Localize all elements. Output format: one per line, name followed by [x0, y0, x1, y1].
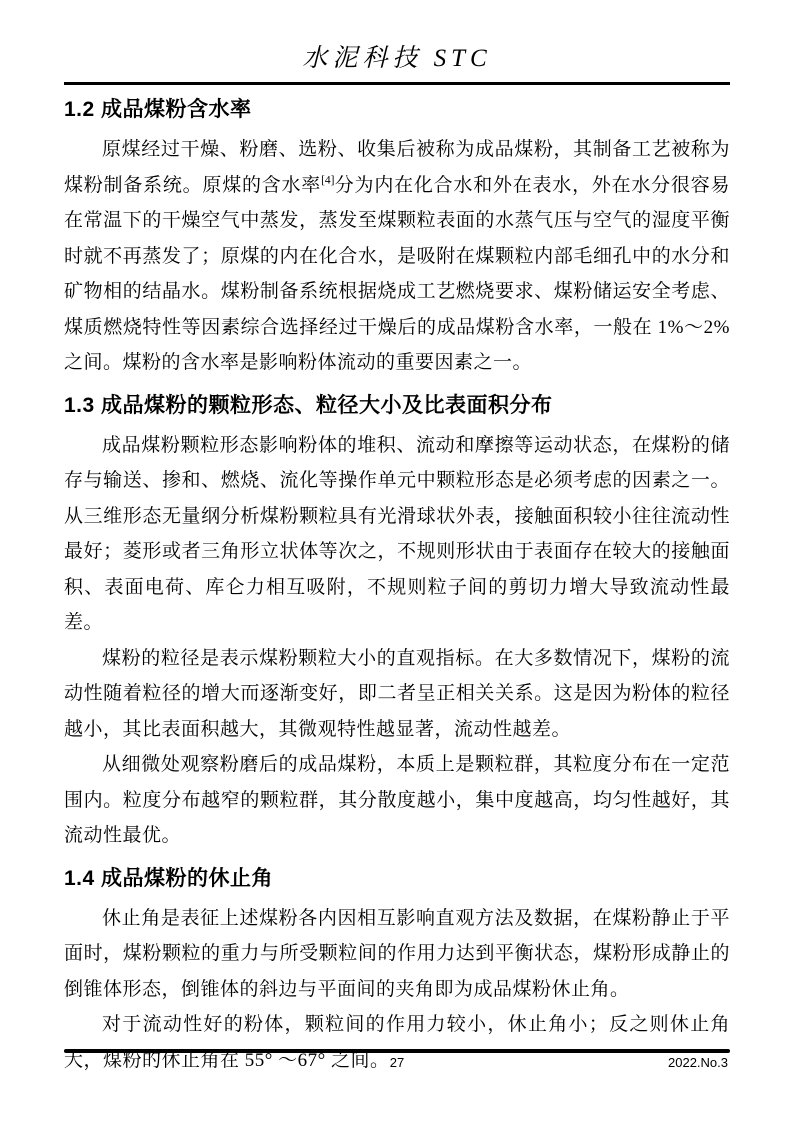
- section-heading: 1.2 成品煤粉含水率: [64, 92, 730, 127]
- issue-label: 2022.No.3: [668, 1055, 728, 1070]
- paragraph: 原煤经过干燥、粉磨、选粉、收集后被称为成品煤粉，其制备工艺被称为煤粉制备系统。原…: [64, 132, 730, 381]
- section-moisture-content: 1.2 成品煤粉含水率 原煤经过干燥、粉磨、选粉、收集后被称为成品煤粉，其制备工…: [64, 92, 730, 381]
- section-particle-morphology: 1.3 成品煤粉的颗粒形态、粒径大小及比表面积分布 成品煤粉颗粒形态影响粉体的堆…: [64, 388, 730, 854]
- paragraph: 休止角是表征上述煤粉各内因相互影响直观方法及数据，在煤粉静止于平面时，煤粉颗粒的…: [64, 901, 730, 1008]
- paragraph: 成品煤粉颗粒形态影响粉体的堆积、流动和摩擦等运动状态，在煤粉的储存与输送、掺和、…: [64, 428, 730, 641]
- journal-header: 水泥科技 STC: [64, 38, 730, 85]
- page-footer: 27 2022.No.3: [64, 1049, 730, 1075]
- page-number: 27: [64, 1055, 730, 1070]
- paragraph: 从细微处观察粉磨后的成品煤粉，本质上是颗粒群，其粒度分布在一定范围内。粒度分布越…: [64, 747, 730, 854]
- page-content: 水泥科技 STC 1.2 成品煤粉含水率 原煤经过干燥、粉磨、选粉、收集后被称为…: [64, 38, 730, 1078]
- section-heading: 1.3 成品煤粉的颗粒形态、粒径大小及比表面积分布: [64, 388, 730, 423]
- citation-ref: [4]: [321, 174, 334, 186]
- footer-rule: [64, 1049, 730, 1053]
- section-heading: 1.4 成品煤粉的休止角: [64, 861, 730, 896]
- section-angle-of-repose: 1.4 成品煤粉的休止角 休止角是表征上述煤粉各内因相互影响直观方法及数据，在煤…: [64, 861, 730, 1079]
- journal-title: 水泥科技 STC: [302, 45, 491, 72]
- paragraph: 煤粉的粒径是表示煤粉颗粒大小的直观指标。在大多数情况下，煤粉的流动性随着粒径的增…: [64, 641, 730, 748]
- paragraph-text: 分为内在化合水和外在表水，外在水分很容易在常温下的干燥空气中蒸发，蒸发至煤颗粒表…: [64, 175, 730, 374]
- document-page: 水泥科技 STC 1.2 成品煤粉含水率 原煤经过干燥、粉磨、选粉、收集后被称为…: [0, 0, 793, 1122]
- footer-row: 27 2022.No.3: [64, 1055, 730, 1075]
